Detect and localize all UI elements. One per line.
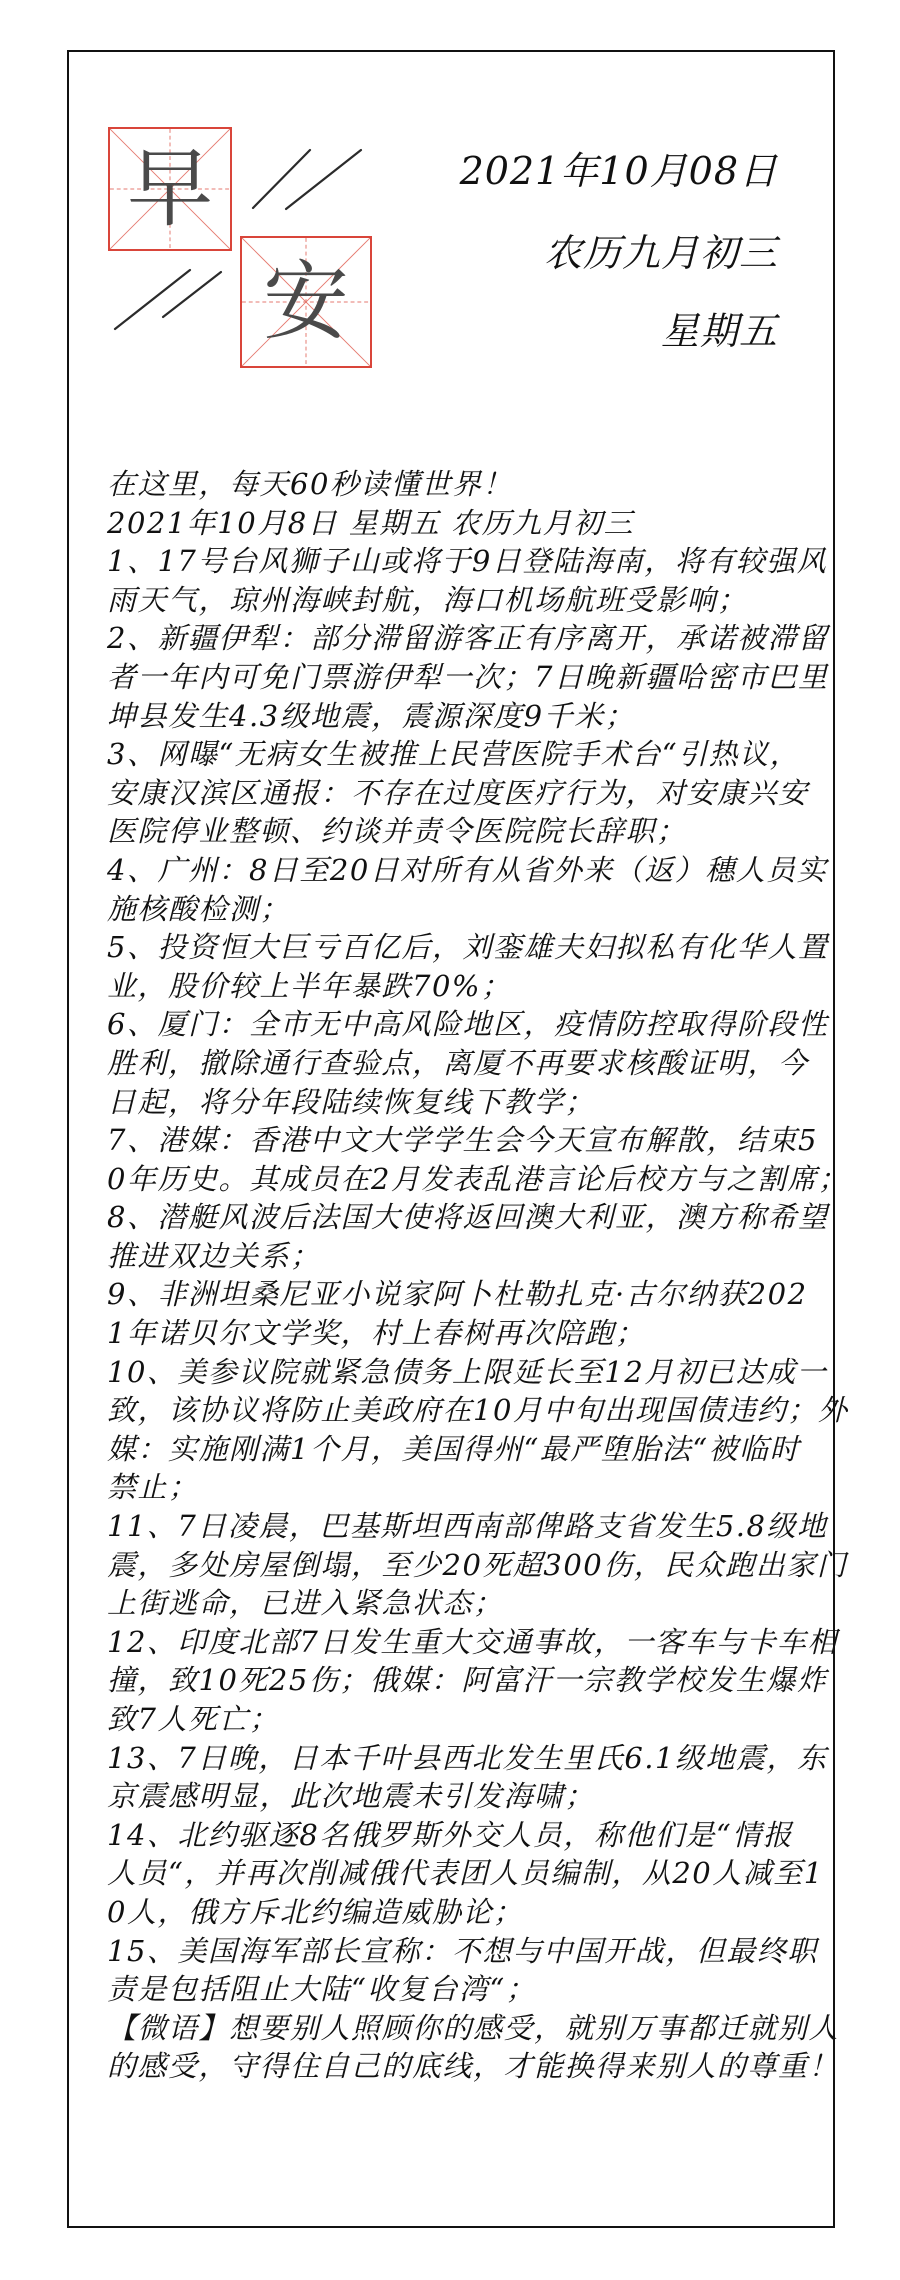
quote-line-cont: 的感受，守得住自己的底线，才能换得来别人的尊重！ (107, 2047, 807, 2086)
news-item-15-cont: 责是包括阻止大陆“收复台湾“； (107, 1970, 807, 2009)
header-date: 2021年10月08日 (460, 140, 778, 195)
title-char-box-an: 安 (240, 236, 372, 368)
intro-line: 在这里，每天60秒读懂世界！ (107, 465, 807, 504)
news-item-6-cont: 胜利，撤除通行查验点，离厦不再要求核酸证明，今 (107, 1044, 807, 1083)
news-item-2: 2、新疆伊犁：部分滞留游客正有序离开，承诺被滞留 (107, 619, 807, 658)
news-item-1-cont: 雨天气，琼州海峡封航，海口机场航班受影响； (107, 581, 807, 620)
news-item-10: 10、美参议院就紧急债务上限延长至12月初已达成一 (107, 1353, 807, 1392)
news-item-11: 11、7日凌晨，巴基斯坦西南部俾路支省发生5.8级地 (107, 1507, 807, 1546)
news-item-9-cont: 1年诺贝尔文学奖，村上春树再次陪跑； (107, 1314, 807, 1353)
news-item-4-cont: 施核酸检测； (107, 890, 807, 929)
news-item-9: 9、非洲坦桑尼亚小说家阿卜杜勒扎克·古尔纳获202 (107, 1275, 807, 1314)
news-item-12-cont: 致7人死亡； (107, 1700, 807, 1739)
header-weekday: 星期五 (661, 300, 778, 355)
title-char-an: 安 (242, 238, 370, 366)
news-item-10-cont: 禁止； (107, 1468, 807, 1507)
news-item-11-cont: 震，多处房屋倒塌，至少20死超300伤，民众跑出家门 (107, 1546, 807, 1585)
news-item-2-cont: 者一年内可免门票游伊犁一次；7日晚新疆哈密市巴里 (107, 658, 807, 697)
news-item-4: 4、广州：8日至20日对所有从省外来（返）穗人员实 (107, 851, 807, 890)
news-item-14-cont: 0人，俄方斥北约编造威胁论； (107, 1893, 807, 1932)
quote-line: 【微语】想要别人照顾你的感受，就别万事都迁就别人 (107, 2009, 807, 2048)
news-item-14-cont: 人员“，并再次削减俄代表团人员编制，从20人减至1 (107, 1854, 807, 1893)
news-item-10-cont: 致，该协议将防止美政府在10月中旬出现国债违约；外 (107, 1391, 807, 1430)
title-char-zao: 早 (110, 129, 230, 249)
date-line: 2021年10月8日 星期五 农历九月初三 (107, 504, 807, 543)
news-item-13: 13、7日晚，日本千叶县西北发生里氏6.1级地震，东 (107, 1739, 807, 1778)
news-item-11-cont: 上街逃命，已进入紧急状态； (107, 1584, 807, 1623)
news-item-12-cont: 撞，致10死25伤；俄媒：阿富汗一宗教学校发生爆炸 (107, 1661, 807, 1700)
news-item-12: 12、印度北部7日发生重大交通事故，一客车与卡车相 (107, 1623, 807, 1662)
news-item-10-cont: 媒：实施刚满1个月，美国得州“最严堕胎法“被临时 (107, 1430, 807, 1469)
title-char-box-zao: 早 (108, 127, 232, 251)
news-item-8: 8、潜艇风波后法国大使将返回澳大利亚，澳方称希望 (107, 1198, 807, 1237)
news-item-6-cont: 日起，将分年段陆续恢复线下教学； (107, 1083, 807, 1122)
news-item-8-cont: 推进双边关系； (107, 1237, 807, 1276)
news-item-6: 6、厦门：全市无中高风险地区，疫情防控取得阶段性 (107, 1005, 807, 1044)
news-item-15: 15、美国海军部长宣称：不想与中国开战，但最终职 (107, 1932, 807, 1971)
news-item-7-cont: 0年历史。其成员在2月发表乱港言论后校方与之割席； (107, 1160, 807, 1199)
news-item-2-cont: 坤县发生4.3级地震，震源深度9千米； (107, 697, 807, 736)
news-item-1: 1、17号台风狮子山或将于9日登陆海南，将有较强风 (107, 542, 807, 581)
news-item-5-cont: 业，股价较上半年暴跌70%； (107, 967, 807, 1006)
news-item-13-cont: 京震感明显，此次地震未引发海啸； (107, 1777, 807, 1816)
news-item-7: 7、港媒：香港中文大学学生会今天宣布解散，结束5 (107, 1121, 807, 1160)
news-item-3-cont: 医院停业整顿、约谈并责令医院院长辞职； (107, 812, 807, 851)
news-body: 在这里，每天60秒读懂世界！ 2021年10月8日 星期五 农历九月初三 1、1… (107, 465, 807, 2086)
news-item-3-cont: 安康汉滨区通报：不存在过度医疗行为，对安康兴安 (107, 774, 807, 813)
news-item-5: 5、投资恒大巨亏百亿后，刘銮雄夫妇拟私有化华人置 (107, 928, 807, 967)
header-lunar-date: 农历九月初三 (544, 222, 778, 277)
news-item-3: 3、网曝“无病女生被推上民营医院手术台“引热议， (107, 735, 807, 774)
news-item-14: 14、北约驱逐8名俄罗斯外交人员，称他们是“情报 (107, 1816, 807, 1855)
